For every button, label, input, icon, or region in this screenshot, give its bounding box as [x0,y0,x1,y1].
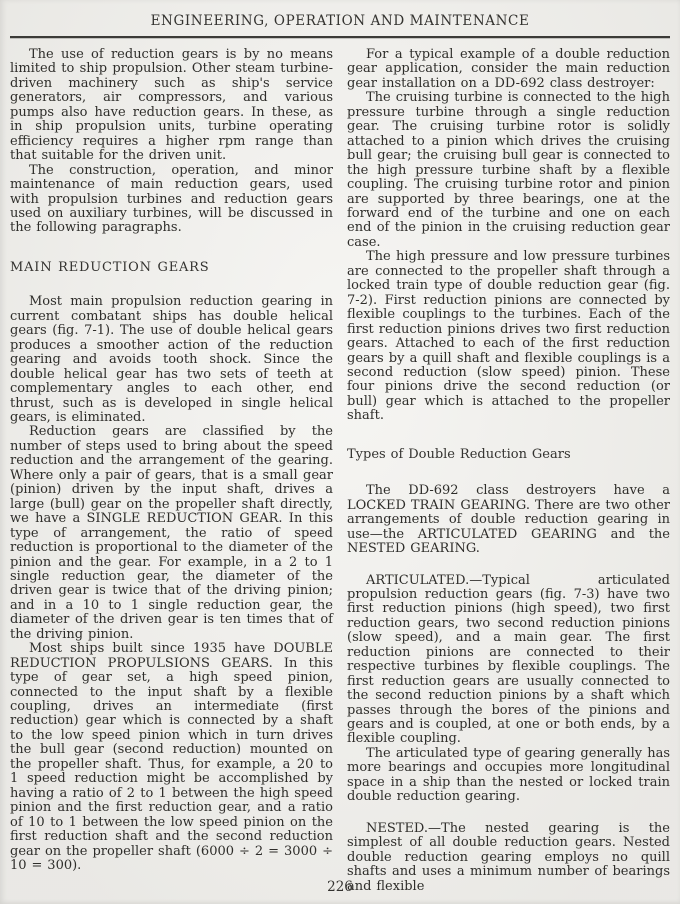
two-column-body: The use of reduction gears is by no mean… [10,48,670,894]
document-page: ENGINEERING, OPERATION AND MAINTENANCE T… [0,0,680,904]
paragraph-double-helical-gears: Most main propulsion reduction gearing i… [10,295,333,425]
paragraph-single-reduction-gear: Reduction gears are classified by the nu… [10,425,333,642]
header-rule [10,36,670,39]
paragraph-double-reduction-propulsion-gears: Most ships built since 1935 have DOUBLE … [10,642,333,873]
right-column: For a typical example of a double reduct… [347,48,670,894]
section-heading-main-reduction-gears: MAIN REDUCTION GEARS [10,261,333,275]
left-column: The use of reduction gears is by no mean… [10,48,333,894]
paragraph-cruising-turbine: The cruising turbine is connected to the… [347,91,670,250]
paragraph-dd692-example-intro: For a typical example of a double reduct… [347,48,670,91]
paragraph-reduction-gears-use: The use of reduction gears is by no mean… [10,48,333,164]
paragraph-locked-train-gearing: The DD-692 class destroyers have a LOCKE… [347,484,670,556]
paragraph-articulated-comparison: The articulated type of gearing generall… [347,747,670,805]
paragraph-locked-train-gear: The high pressure and low pressure turbi… [347,250,670,423]
running-head-title: ENGINEERING, OPERATION AND MAINTENANCE [10,0,670,29]
paragraph-construction-operation: The construction, operation, and minor m… [10,164,333,236]
page-number: 226 [0,879,680,895]
paragraph-articulated-gearing: ARTICULATED.—Typical articulated propuls… [347,574,670,747]
section-heading-types-of-double-reduction-gears: Types of Double Reduction Gears [347,448,670,462]
